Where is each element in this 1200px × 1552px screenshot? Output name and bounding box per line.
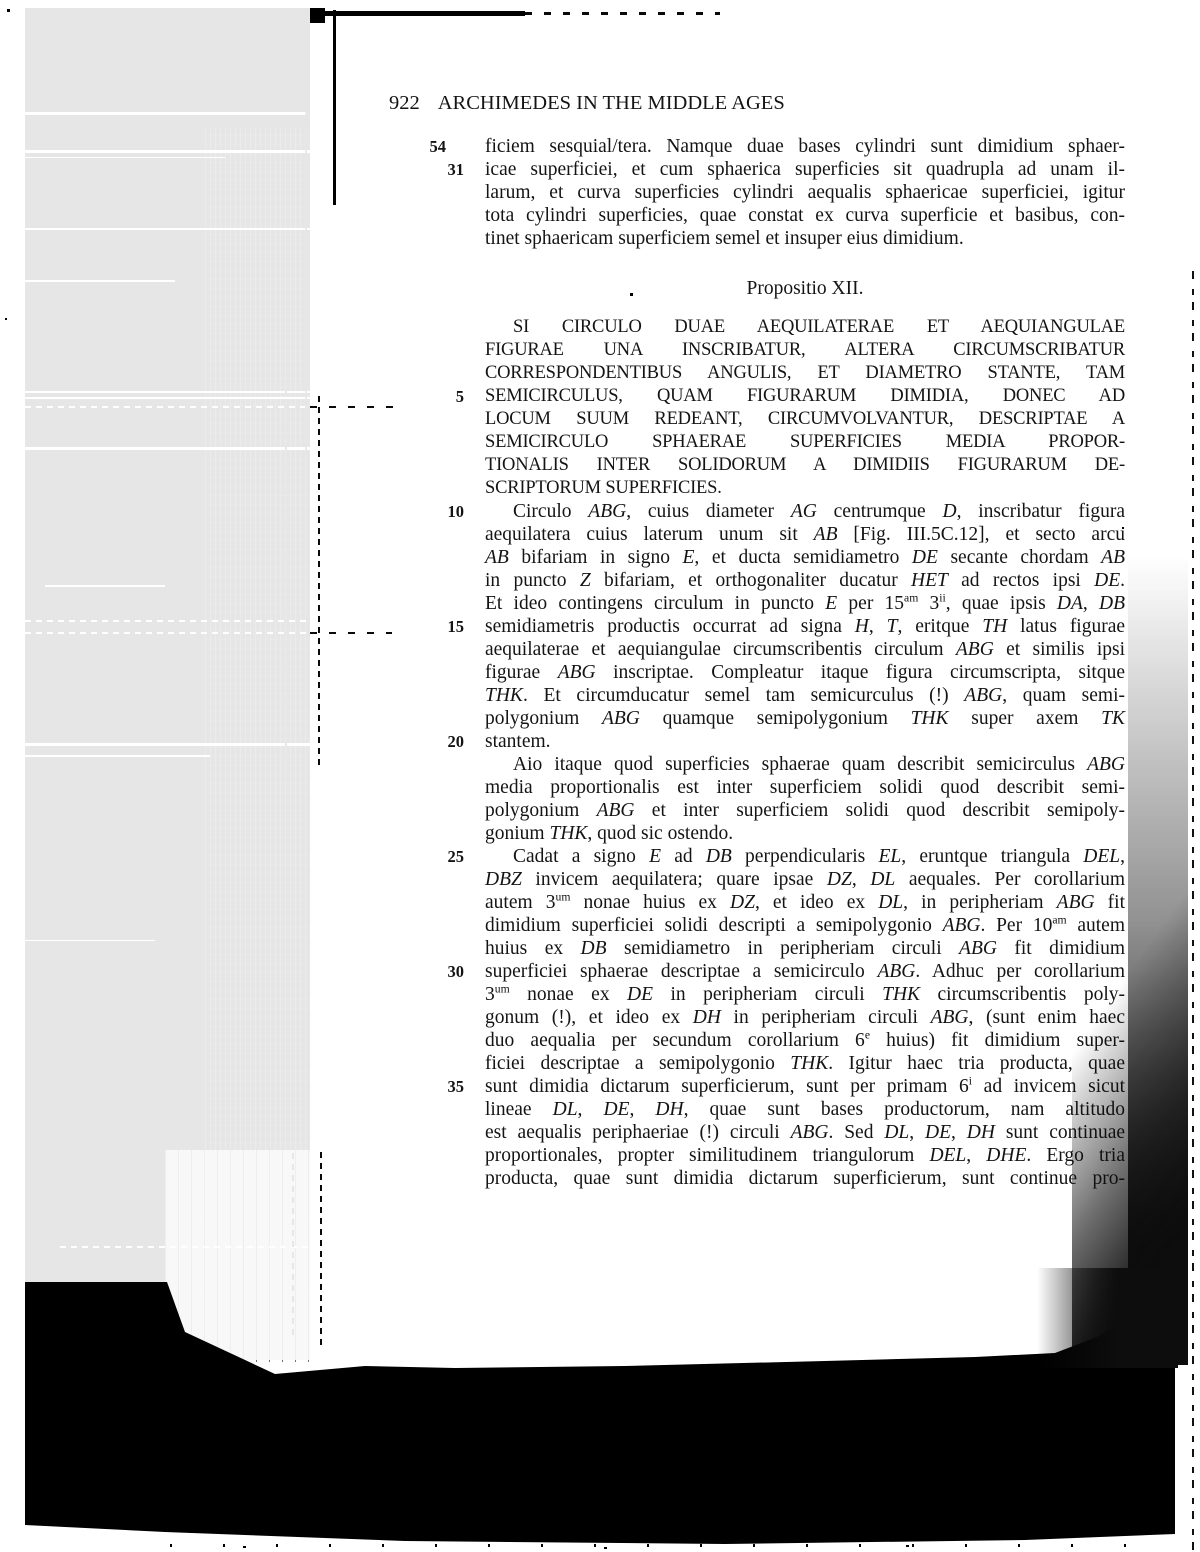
text-line: sunt dimidia dictarum superficierum, sun… [485,1075,1125,1098]
text-line: larum, et curva superficies cylindri aeq… [485,181,1125,204]
scan-bottom-dots [170,1544,1170,1547]
text-line: dimidium superficiei solidi descripti a … [485,914,1125,937]
margin-line-number: 5 [416,387,464,407]
scan-speck [604,1547,607,1549]
text-line: Et ideo contingens circulum in puncto E … [485,592,1125,615]
margin-line-number: 31 [416,160,464,180]
scanned-book-page: 922ARCHIMEDES IN THE MIDDLE AGES ficiem … [0,0,1200,1552]
scan-vertical-streak [333,10,336,205]
text-line: in puncto Z bifariam, et orthogonaliter … [485,569,1125,592]
text-line: LOCUM SUUM REDEANT, CIRCUMVOLVANTUR, DES… [485,408,1125,431]
running-title: ARCHIMEDES IN THE MIDDLE AGES [438,92,785,114]
text-line: SI CIRCULO DUAE AEQUILATERAE ET AEQUIANG… [485,316,1125,339]
proposition-heading: Propositio XII. [485,277,1125,300]
scan-top-bar-dashes [525,12,720,15]
text-line: media proportionalis est inter superfici… [485,776,1125,799]
text-line: proportionales, propter similitudinem tr… [485,1144,1125,1167]
margin-line-number: 25 [416,847,464,867]
text-line: polygonium ABG et inter superficiem soli… [485,799,1125,822]
text-line: huius ex DB semidiametro in peripheriam … [485,937,1125,960]
text-line: lineae DL, DE, DH, quae sunt bases produ… [485,1098,1125,1121]
scan-vertical-streak [320,1150,322,1345]
scan-speck [243,1546,246,1548]
scan-speck [7,9,10,12]
text-line: tota cylindri superficies, quae constat … [485,204,1125,227]
scan-right-edge-line [1192,268,1194,1550]
text-line: semidiametris productis occurrat ad sign… [485,615,1125,638]
scan-speck [630,293,633,296]
text-line: producta, quae sunt dimidia dictarum sup… [485,1167,1125,1190]
scan-speck [470,1371,473,1374]
body-paragraphs: Circulo ABG, cuius diameter AG centrumqu… [485,500,1125,1190]
text-line: est aequalis periphaeriae (!) circuli AB… [485,1121,1125,1144]
text-line: autem 3um nonae huius ex DZ, et ideo ex … [485,891,1125,914]
continuation-paragraph: ficiem sesquial/tera. Namque duae bases … [485,135,1125,250]
text-line: ficiei descriptae a semipolygonio THK. I… [485,1052,1125,1075]
text-line: stantem. [485,730,1125,753]
text-line: 3um nonae ex DE in peripheriam circuli T… [485,983,1125,1006]
text-line: superficiei sphaerae descriptae a semici… [485,960,1125,983]
scan-streak-dotted [310,632,392,634]
text-line: gonum (!), et ideo ex DH in peripheriam … [485,1006,1125,1029]
scan-vertical-streak [318,395,320,765]
text-line: SCRIPTORUM SUPERFICIES. [485,477,1125,500]
scan-speck [5,318,7,320]
proposition-heading-block: Propositio XII. [485,277,1125,300]
text-line: THK. Et circumducatur semel tam semicurc… [485,684,1125,707]
page-number: 922 [389,92,420,114]
margin-line-number: 35 [416,1077,464,1097]
text-line: FIGURAE UNA INSCRIBATUR, ALTERA CIRCUMSC… [485,339,1125,362]
scan-speck [1122,527,1124,529]
text-line: AB bifariam in signo E, et ducta semidia… [485,546,1125,569]
scan-top-bar-thin [325,11,525,16]
text-line: gonium THK, quod sic ostendo. [485,822,1125,845]
text-line: tinet sphaericam superficiem semel et in… [485,227,1125,250]
text-line: figurae ABG inscriptae. Compleatur itaqu… [485,661,1125,684]
margin-line-number: 54 [398,137,446,157]
scan-gutter-noise [25,8,310,1360]
proposition-statement: SI CIRCULO DUAE AEQUILATERAE ET AEQUIANG… [485,316,1125,500]
margin-line-number: 20 [416,732,464,752]
page-header: 922ARCHIMEDES IN THE MIDDLE AGES [389,92,785,115]
text-line: Cadat a signo E ad DB perpendicularis EL… [485,845,1125,868]
scan-speck [906,1545,909,1547]
text-line: CORRESPONDENTIBUS ANGULIS, ET DIAMETRO S… [485,362,1125,385]
text-line: DBZ invicem aequilatera; quare ipsae DZ,… [485,868,1125,891]
text-line: polygonium ABG quamque semipolygonium TH… [485,707,1125,730]
text-line: ficiem sesquial/tera. Namque duae bases … [485,135,1125,158]
text-line: duo aequalia per secundum corollarium 6e… [485,1029,1125,1052]
margin-line-number: 15 [416,617,464,637]
text-line: TIONALIS INTER SOLIDORUM A DIMIDIIS FIGU… [485,454,1125,477]
text-line: aequilatera cuius laterum unum sit AB [F… [485,523,1125,546]
text-line: Aio itaque quod superficies sphaerae qua… [485,753,1125,776]
text-line: Circulo ABG, cuius diameter AG centrumqu… [485,500,1125,523]
text-line: SEMICIRCULUS, QUAM FIGURARUM DIMIDIA, DO… [485,385,1125,408]
text-line: icae superficiei, et cum sphaerica super… [485,158,1125,181]
margin-line-number: 10 [416,502,464,522]
scan-bottom-corner-noise [1030,1268,1178,1368]
scan-streak-dotted [310,406,395,408]
text-line: SEMICIRCULO SPHAERAE SUPERFICIES MEDIA P… [485,431,1125,454]
text-line: aequilaterae et aequiangulae circumscrib… [485,638,1125,661]
margin-line-number: 30 [416,962,464,982]
